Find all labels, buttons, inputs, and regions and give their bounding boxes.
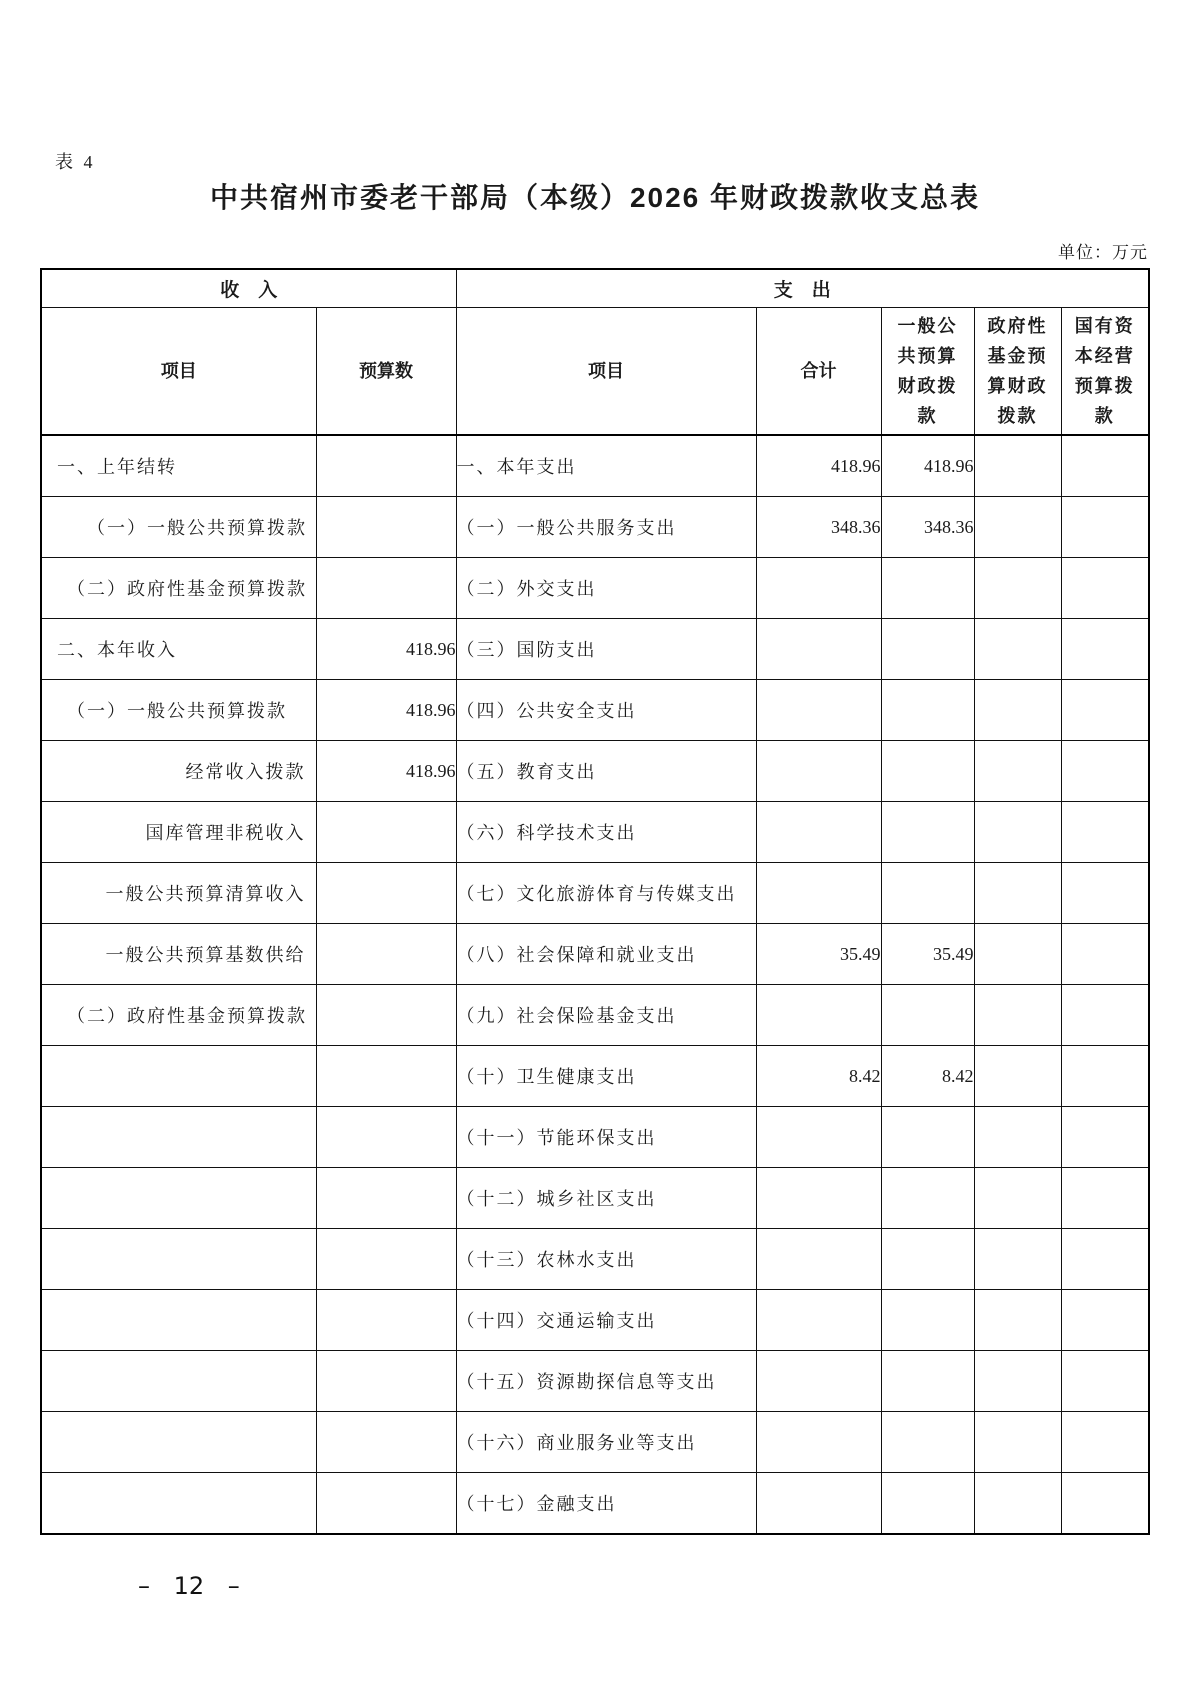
gov-fund-cell: [974, 924, 1061, 985]
table-row: （十六）商业服务业等支出: [41, 1412, 1149, 1473]
income-item-cell: 国库管理非税收入: [41, 802, 316, 863]
total-cell: [756, 1290, 881, 1351]
general-public-cell: 35.49: [881, 924, 974, 985]
gov-fund-cell: [974, 1473, 1061, 1535]
income-budget-cell: 418.96: [316, 741, 456, 802]
gov-fund-cell: [974, 985, 1061, 1046]
table-row: （一）一般公共预算拨款418.96（四）公共安全支出: [41, 680, 1149, 741]
state-capital-cell: [1061, 863, 1149, 924]
general-public-cell: 418.96: [881, 435, 974, 497]
page-title: 中共宿州市委老干部局（本级）2026 年财政拨款收支总表: [0, 176, 1190, 216]
gov-fund-cell: [974, 802, 1061, 863]
general-public-cell: 8.42: [881, 1046, 974, 1107]
income-item-cell: （二）政府性基金预算拨款: [41, 558, 316, 619]
gov-fund-budget-header-text: 政府性基金预算财政拨款: [986, 311, 1050, 431]
unit-note: 单位：万元: [1058, 238, 1148, 263]
income-budget-cell: [316, 1351, 456, 1412]
table-row: （十四）交通运输支出: [41, 1290, 1149, 1351]
total-cell: 348.36: [756, 497, 881, 558]
expense-item-cell: （十四）交通运输支出: [456, 1290, 756, 1351]
table-row: （十三）农林水支出: [41, 1229, 1149, 1290]
general-public-cell: [881, 680, 974, 741]
table-row: 国库管理非税收入（六）科学技术支出: [41, 802, 1149, 863]
total-cell: [756, 863, 881, 924]
expense-item-cell: （五）教育支出: [456, 741, 756, 802]
gov-fund-cell: [974, 1290, 1061, 1351]
total-cell: 418.96: [756, 435, 881, 497]
state-capital-cell: [1061, 1229, 1149, 1290]
income-item-cell: （一）一般公共预算拨款: [41, 497, 316, 558]
table-row: 经常收入拨款418.96（五）教育支出: [41, 741, 1149, 802]
gov-fund-cell: [974, 558, 1061, 619]
income-item-cell: [41, 1351, 316, 1412]
expense-item-cell: 一、本年支出: [456, 435, 756, 497]
income-item-cell: [41, 1168, 316, 1229]
income-budget-cell: [316, 1168, 456, 1229]
gov-fund-cell: [974, 1412, 1061, 1473]
general-public-cell: [881, 1351, 974, 1412]
expense-item-cell: （十七）金融支出: [456, 1473, 756, 1535]
general-public-cell: [881, 558, 974, 619]
income-budget-cell: [316, 985, 456, 1046]
general-public-budget-header: 一般公共预算财政拨款: [881, 308, 974, 436]
income-item-cell: 一般公共预算清算收入: [41, 863, 316, 924]
total-header: 合计: [756, 308, 881, 436]
total-cell: [756, 1412, 881, 1473]
total-cell: [756, 741, 881, 802]
total-cell: 8.42: [756, 1046, 881, 1107]
income-item-cell: [41, 1107, 316, 1168]
gov-fund-cell: [974, 1351, 1061, 1412]
general-public-cell: [881, 1107, 974, 1168]
gov-fund-cell: [974, 1107, 1061, 1168]
general-public-cell: [881, 741, 974, 802]
income-item-cell: [41, 1473, 316, 1535]
total-cell: [756, 558, 881, 619]
page-number: – 12 –: [138, 1572, 240, 1600]
expense-item-header: 项目: [456, 308, 756, 436]
column-header-row: 项目 预算数 项目 合计 一般公共预算财政拨款 政府性基金预算财政拨款 国有资本…: [41, 308, 1149, 436]
gov-fund-budget-header: 政府性基金预算财政拨款: [974, 308, 1061, 436]
state-capital-cell: [1061, 1351, 1149, 1412]
table-row: （十二）城乡社区支出: [41, 1168, 1149, 1229]
income-item-cell: [41, 1290, 316, 1351]
general-public-cell: [881, 1412, 974, 1473]
table-row: 一般公共预算清算收入（七）文化旅游体育与传媒支出: [41, 863, 1149, 924]
expense-item-cell: （二）外交支出: [456, 558, 756, 619]
total-cell: [756, 1473, 881, 1535]
expense-item-cell: （四）公共安全支出: [456, 680, 756, 741]
income-budget-header: 预算数: [316, 308, 456, 436]
table-row: （二）政府性基金预算拨款（二）外交支出: [41, 558, 1149, 619]
general-public-cell: 348.36: [881, 497, 974, 558]
state-capital-budget-header: 国有资本经营预算拨款: [1061, 308, 1149, 436]
expense-item-cell: （十五）资源勘探信息等支出: [456, 1351, 756, 1412]
total-cell: [756, 985, 881, 1046]
income-budget-cell: [316, 1473, 456, 1535]
expense-item-cell: （十二）城乡社区支出: [456, 1168, 756, 1229]
income-budget-cell: [316, 863, 456, 924]
general-public-cell: [881, 1168, 974, 1229]
table-row: （十）卫生健康支出8.428.42: [41, 1046, 1149, 1107]
income-item-cell: 一、上年结转: [41, 435, 316, 497]
income-budget-cell: [316, 1107, 456, 1168]
general-public-cell: [881, 863, 974, 924]
general-public-cell: [881, 985, 974, 1046]
gov-fund-cell: [974, 435, 1061, 497]
total-cell: [756, 1168, 881, 1229]
table-row: （一）一般公共预算拨款（一）一般公共服务支出348.36348.36: [41, 497, 1149, 558]
total-cell: 35.49: [756, 924, 881, 985]
total-cell: [756, 1351, 881, 1412]
general-public-cell: [881, 1473, 974, 1535]
income-budget-cell: [316, 558, 456, 619]
total-cell: [756, 802, 881, 863]
income-budget-cell: [316, 1412, 456, 1473]
total-cell: [756, 680, 881, 741]
income-item-cell: [41, 1046, 316, 1107]
expense-item-cell: （十）卫生健康支出: [456, 1046, 756, 1107]
state-capital-cell: [1061, 1046, 1149, 1107]
income-budget-cell: [316, 802, 456, 863]
income-item-cell: （一）一般公共预算拨款: [41, 680, 316, 741]
income-item-cell: [41, 1412, 316, 1473]
gov-fund-cell: [974, 741, 1061, 802]
table-row: （十七）金融支出: [41, 1473, 1149, 1535]
total-cell: [756, 1107, 881, 1168]
state-capital-cell: [1061, 924, 1149, 985]
table-row: （二）政府性基金预算拨款（九）社会保险基金支出: [41, 985, 1149, 1046]
income-budget-cell: 418.96: [316, 619, 456, 680]
gov-fund-cell: [974, 1168, 1061, 1229]
general-public-cell: [881, 1290, 974, 1351]
general-public-budget-header-text: 一般公共预算财政拨款: [896, 311, 960, 431]
state-capital-cell: [1061, 680, 1149, 741]
expense-item-cell: （六）科学技术支出: [456, 802, 756, 863]
expense-item-cell: （一）一般公共服务支出: [456, 497, 756, 558]
income-item-header: 项目: [41, 308, 316, 436]
income-budget-cell: [316, 1046, 456, 1107]
income-section-header: 收 入: [41, 269, 456, 308]
expense-item-cell: （三）国防支出: [456, 619, 756, 680]
income-item-cell: （二）政府性基金预算拨款: [41, 985, 316, 1046]
state-capital-cell: [1061, 985, 1149, 1046]
general-public-cell: [881, 619, 974, 680]
expense-item-cell: （七）文化旅游体育与传媒支出: [456, 863, 756, 924]
table-row: 二、本年收入418.96（三）国防支出: [41, 619, 1149, 680]
table-row: 一、上年结转一、本年支出418.96418.96: [41, 435, 1149, 497]
income-budget-cell: [316, 497, 456, 558]
expense-item-cell: （十一）节能环保支出: [456, 1107, 756, 1168]
table-row: （十一）节能环保支出: [41, 1107, 1149, 1168]
state-capital-cell: [1061, 1290, 1149, 1351]
section-header-row: 收 入 支 出: [41, 269, 1149, 308]
state-capital-cell: [1061, 741, 1149, 802]
state-capital-cell: [1061, 1168, 1149, 1229]
expense-section-header: 支 出: [456, 269, 1149, 308]
budget-table: 收 入 支 出 项目 预算数 项目 合计 一般公共预算财政拨款 政府性基金预算财…: [40, 268, 1150, 1535]
state-capital-cell: [1061, 619, 1149, 680]
state-capital-cell: [1061, 1473, 1149, 1535]
gov-fund-cell: [974, 680, 1061, 741]
general-public-cell: [881, 1229, 974, 1290]
income-budget-cell: [316, 1229, 456, 1290]
table-row: （十五）资源勘探信息等支出: [41, 1351, 1149, 1412]
income-item-cell: [41, 1229, 316, 1290]
document-page: 表 4 中共宿州市委老干部局（本级）2026 年财政拨款收支总表 单位：万元 收…: [0, 0, 1190, 1683]
state-capital-cell: [1061, 558, 1149, 619]
table-row: 一般公共预算基数供给（八）社会保障和就业支出35.4935.49: [41, 924, 1149, 985]
income-budget-cell: [316, 924, 456, 985]
gov-fund-cell: [974, 863, 1061, 924]
state-capital-cell: [1061, 802, 1149, 863]
total-cell: [756, 1229, 881, 1290]
state-capital-cell: [1061, 1412, 1149, 1473]
gov-fund-cell: [974, 1046, 1061, 1107]
income-budget-cell: [316, 1290, 456, 1351]
gov-fund-cell: [974, 619, 1061, 680]
gov-fund-cell: [974, 497, 1061, 558]
expense-item-cell: （九）社会保险基金支出: [456, 985, 756, 1046]
gov-fund-cell: [974, 1229, 1061, 1290]
state-capital-cell: [1061, 1107, 1149, 1168]
income-item-cell: 一般公共预算基数供给: [41, 924, 316, 985]
income-item-cell: 经常收入拨款: [41, 741, 316, 802]
expense-item-cell: （十三）农林水支出: [456, 1229, 756, 1290]
expense-item-cell: （十六）商业服务业等支出: [456, 1412, 756, 1473]
total-cell: [756, 619, 881, 680]
expense-item-cell: （八）社会保障和就业支出: [456, 924, 756, 985]
table-label: 表 4: [55, 148, 96, 174]
income-item-cell: 二、本年收入: [41, 619, 316, 680]
income-budget-cell: [316, 435, 456, 497]
state-capital-cell: [1061, 435, 1149, 497]
general-public-cell: [881, 802, 974, 863]
state-capital-budget-header-text: 国有资本经营预算拨款: [1073, 311, 1137, 431]
state-capital-cell: [1061, 497, 1149, 558]
income-budget-cell: 418.96: [316, 680, 456, 741]
